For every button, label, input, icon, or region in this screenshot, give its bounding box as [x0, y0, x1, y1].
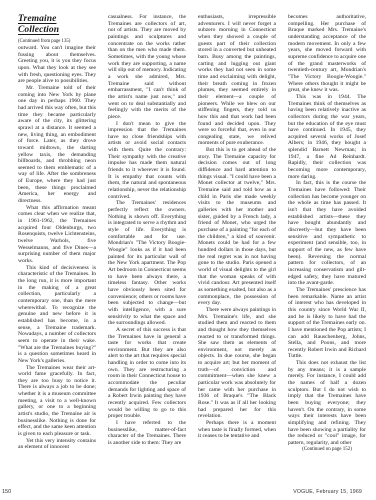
paragraph: becomes authoritative, compelling. Her p…: [288, 14, 366, 94]
column-1: Tremaine Collection (Continued from page…: [18, 14, 96, 451]
column-3: enthusiasts, irrepressible adventurers. …: [198, 14, 276, 440]
page-number: 150: [2, 489, 11, 495]
paragraph: The Tremaines' residences perfectly refl…: [108, 200, 186, 326]
paragraph: Mr. Tremaine told of their coming into N…: [18, 85, 96, 205]
paragraph: Perhaps there is a moment when taste is …: [198, 420, 276, 440]
article-title: Tremaine Collection: [18, 14, 96, 36]
paragraph: This was in 1944. The Tremaines think of…: [288, 94, 366, 181]
paragraph: I don't mean to give the impression that…: [108, 121, 186, 201]
paragraph: There were always paintings in Mrs. Trem…: [198, 307, 276, 420]
paragraph: This kind of decisiveness is characteris…: [18, 265, 96, 365]
column-2: casualness. For instance, the Tremaines …: [108, 14, 186, 447]
paragraph: The Tremaines' prescience has been remar…: [288, 287, 366, 360]
paragraph: outward. You can't imagine their fussing…: [18, 45, 96, 85]
paragraph: But this is to get ahead of the story. T…: [198, 147, 276, 307]
paragraph: enthusiasts, irrepressible adventurers. …: [198, 14, 276, 147]
publication-footer: VOGUE, February 15, 1969: [293, 489, 362, 495]
paragraph: The Tremaines wear their art-world fame …: [18, 365, 96, 438]
paragraph: What this affirmation meant comes clear …: [18, 205, 96, 265]
paragraph: A secret of this success is that the Tre…: [108, 327, 186, 420]
magazine-page: Tremaine Collection (Continued from page…: [18, 14, 366, 474]
paragraph: Yet this very intensity contains an elem…: [18, 438, 96, 451]
column-4: becomes authoritative, compelling. Her p…: [288, 14, 366, 453]
continued-on-note: (Continued on page 152): [288, 447, 366, 454]
paragraph: I have referred to the businesslike, mat…: [108, 420, 186, 447]
paragraph: casualness. For instance, the Tremaines …: [108, 14, 186, 121]
paragraph: This does not exhaust the list by any me…: [288, 360, 366, 447]
paragraph: In fact, this is the course the Tremaine…: [288, 180, 366, 287]
